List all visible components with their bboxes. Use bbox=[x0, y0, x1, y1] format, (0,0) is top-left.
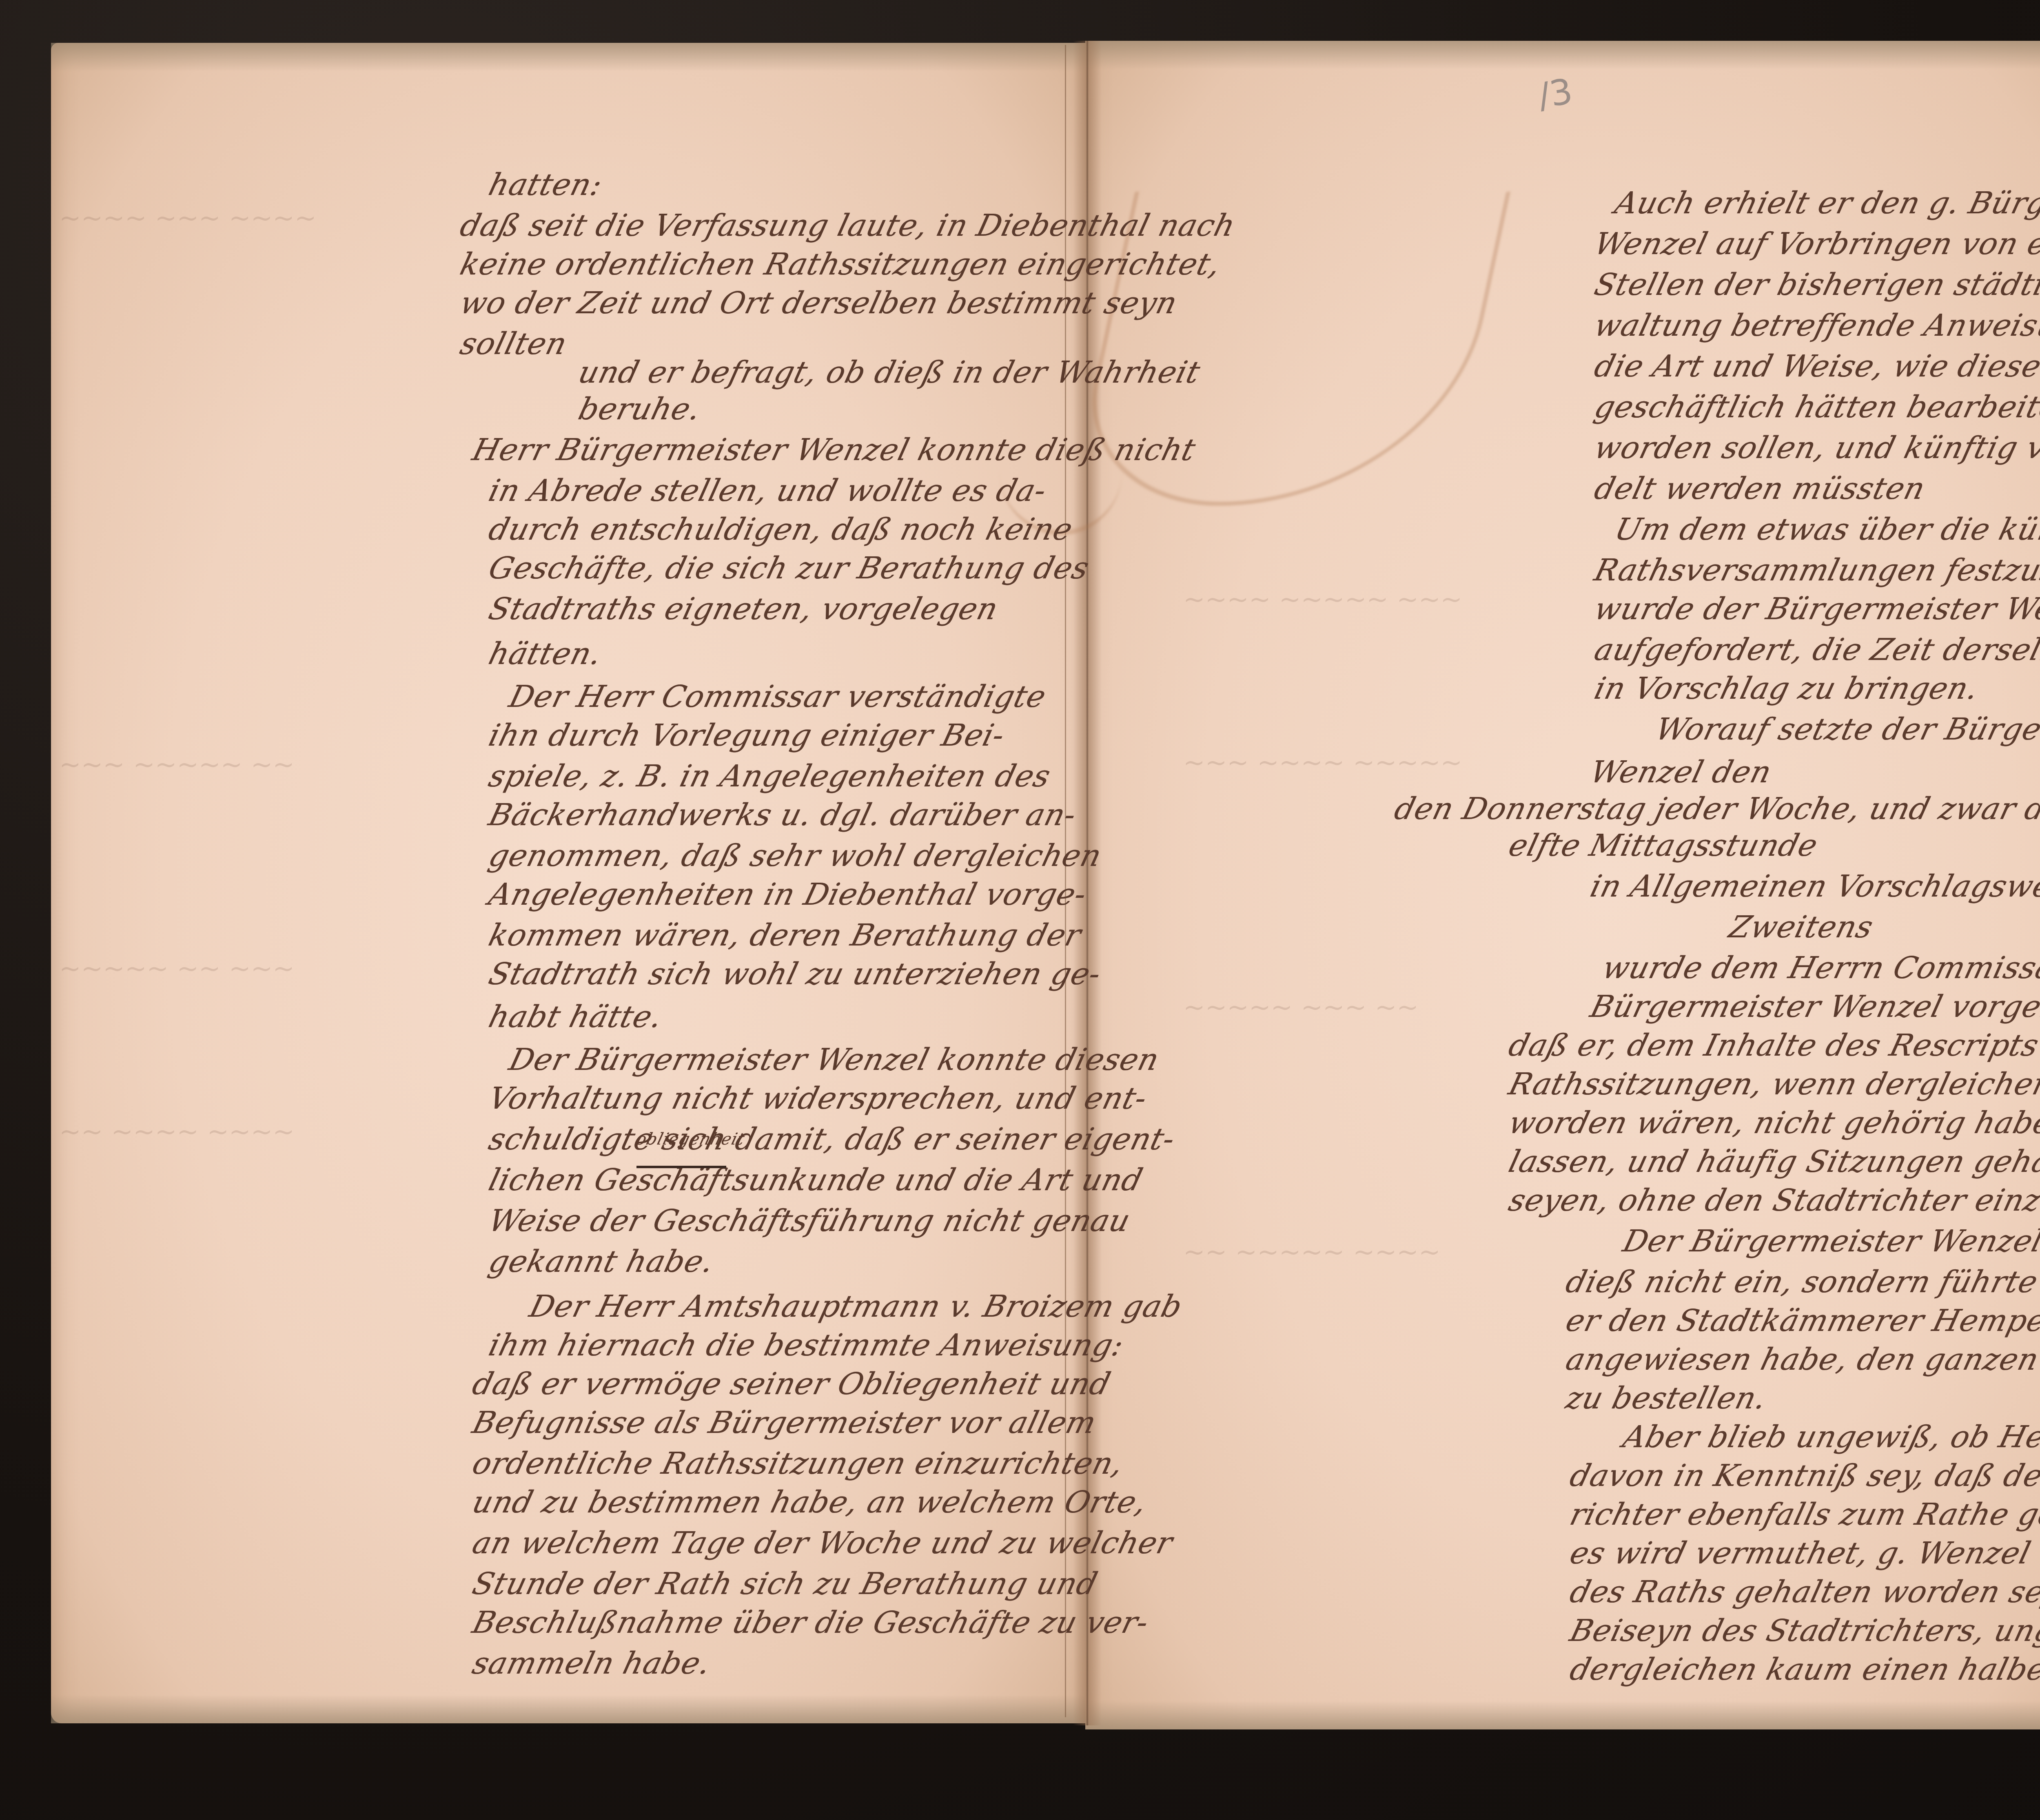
manuscript-line: den Donnerstag jeder Woche, und zwar die bbox=[1391, 791, 2040, 826]
manuscript-line: Rathssitzungen, wenn dergleichen gehalte… bbox=[1505, 1067, 2040, 1102]
manuscript-line: Bürgermeister Wenzel vorgehalten: bbox=[1587, 989, 2040, 1024]
manuscript-line: delt werden müssten bbox=[1591, 471, 1929, 506]
bleed-through-text: ~~~~ ~~~~~ ~~~ bbox=[1183, 571, 1462, 628]
manuscript-line: Rathsversammlungen festzusetzen bbox=[1591, 553, 2040, 588]
left-page-top-edge bbox=[51, 43, 1087, 71]
right-page-bottom-edge bbox=[1085, 1701, 2040, 1729]
manuscript-line: Stellen der bisherigen städtischen Ver- bbox=[1591, 267, 2040, 302]
manuscript-line: worden sollen, und künftig verhan- bbox=[1591, 430, 2040, 465]
manuscript-line: in Abrede stellen, und wollte es da- bbox=[485, 473, 1050, 508]
bleed-through-text: ~~~ ~~~~ ~~~~~ bbox=[1183, 734, 1462, 791]
manuscript-line: daß er vermöge seiner Obliegenheit und bbox=[469, 1366, 1114, 1402]
manuscript-line: sammeln habe. bbox=[469, 1646, 714, 1681]
manuscript-line: Der Herr Commissar verständigte bbox=[506, 679, 1050, 714]
manuscript-line: davon in Kenntniß sey, daß der Stadt- bbox=[1566, 1458, 2040, 1493]
manuscript-line: habt hätte. bbox=[485, 999, 666, 1034]
manuscript-line: dieß nicht ein, sondern führte an, daß bbox=[1562, 1264, 2040, 1300]
manuscript-line: spiele, z. B. in Angelegenheiten des bbox=[485, 759, 1054, 794]
manuscript-line: in Vorschlag zu bringen. bbox=[1591, 671, 1982, 706]
bleed-through-text: ~~ ~~~~ ~~~~ bbox=[59, 1103, 295, 1160]
bleed-through-text: ~~~~ ~~~ ~~~~ bbox=[59, 190, 317, 247]
manuscript-line: worden wären, nicht gehörig habe ansagen bbox=[1505, 1105, 2040, 1140]
left-page-bottom-edge bbox=[51, 1695, 1087, 1723]
manuscript-line: seyen, ohne den Stadtrichter einzuladen. bbox=[1505, 1183, 2040, 1218]
manuscript-line: Wenzel den bbox=[1587, 755, 1775, 790]
manuscript-line: daß er, dem Inhalte des Rescripts nach, … bbox=[1505, 1028, 2040, 1063]
manuscript-line: Bäckerhandwerks u. dgl. darüber an- bbox=[485, 797, 1080, 833]
interlinear-insertion: obliegenheit bbox=[634, 1130, 747, 1149]
manuscript-line: Vorhaltung nicht widersprechen, und ent- bbox=[485, 1081, 1151, 1116]
pencil-folio-mark: /3 bbox=[1535, 71, 1576, 117]
manuscript-line: Um dem etwas über die künftigen bbox=[1611, 512, 2040, 547]
manuscript-line: aufgefordert, die Zeit derselben jetzt bbox=[1591, 632, 2040, 667]
manuscript-line: lassen, und häufig Sitzungen gehalten wo… bbox=[1505, 1144, 2040, 1179]
manuscript-line: ihn durch Vorlegung einiger Bei- bbox=[485, 718, 1008, 753]
manuscript-line: geschäftlich hätten bearbeitet werden so… bbox=[1591, 390, 2040, 425]
manuscript-line: Stadtrath sich wohl zu unterziehen ge- bbox=[485, 956, 1104, 992]
manuscript-line: Befugnisse als Bürgermeister vor allem bbox=[469, 1405, 1100, 1440]
manuscript-line: schuldigte sich damit, daß er seiner eig… bbox=[485, 1122, 1179, 1157]
manuscript-line: durch entschuldigen, daß noch keine bbox=[485, 512, 1076, 547]
manuscript-line: kommen wären, deren Berathung der bbox=[485, 918, 1085, 953]
manuscript-line: Stunde der Rath sich zu Berathung und bbox=[469, 1566, 1101, 1601]
manuscript-line: es wird vermuthet, g. Wenzel wie, daß Si… bbox=[1566, 1536, 2040, 1571]
manuscript-line: daß seit die Verfassung laute, in Dieben… bbox=[457, 208, 1239, 243]
manuscript-line: in Allgemeinen Vorschlagsweise an. bbox=[1587, 869, 2040, 904]
right-page-top-edge bbox=[1085, 41, 2040, 69]
manuscript-line: dergleichen kaum einen halben Tag vorher bbox=[1566, 1652, 2040, 1687]
manuscript-line: sollten bbox=[457, 326, 571, 361]
manuscript-line: wo der Zeit und Ort derselben bestimmt s… bbox=[457, 286, 1181, 321]
manuscript-line: Beschlußnahme über die Geschäfte zu ver- bbox=[469, 1605, 1152, 1640]
bleed-through-text: ~~~~~ ~~~ ~~ bbox=[1183, 979, 1419, 1036]
manuscript-line: an welchem Tage der Woche und zu welcher bbox=[469, 1526, 1176, 1561]
manuscript-line: hatten: bbox=[485, 167, 606, 202]
manuscript-line: Auch erhielt er den g. Bürgermeister bbox=[1611, 186, 2040, 221]
manuscript-line: er den Stadtkämmerer Hempel allemal bbox=[1562, 1303, 2040, 1338]
section-heading: Zweitens bbox=[1725, 910, 1877, 945]
manuscript-line: richter ebenfalls zum Rathe gehöre, denn bbox=[1566, 1497, 2040, 1532]
manuscript-line: Herr Bürgermeister Wenzel konnte dieß ni… bbox=[469, 432, 1199, 467]
manuscript-line: angewiesen habe, den ganzen Rath bbox=[1562, 1342, 2040, 1377]
manuscript-line: und zu bestimmen habe, an welchem Orte, bbox=[469, 1485, 1150, 1520]
manuscript-line: wurde der Bürgermeister Wenzel bbox=[1591, 591, 2040, 627]
manuscript-line: Aber blieb ungewiß, ob Hempel bbox=[1619, 1419, 2040, 1455]
manuscript-line: Der Bürgermeister Wenzel konnte diesen bbox=[506, 1042, 1163, 1077]
manuscript-line: wurde dem Herrn Commissar dem g. bbox=[1599, 950, 2040, 985]
manuscript-line: lichen Geschäftsunkunde und die Art und bbox=[485, 1162, 1146, 1198]
manuscript-line: waltung betreffende Anweisung über bbox=[1591, 308, 2040, 343]
manuscript-line: elfte Mittagsstunde bbox=[1505, 828, 1821, 863]
manuscript-line: keine ordentlichen Rathssitzungen einger… bbox=[457, 247, 1224, 282]
manuscript-line: Der Bürgermeister Wenzel räumte bbox=[1619, 1224, 2040, 1259]
manuscript-line: und er befragt, ob dieß in der Wahrheit bbox=[575, 355, 1204, 390]
manuscript-line: Stadtraths eigneten, vorgelegen bbox=[485, 591, 1002, 627]
manuscript-line: ordentliche Rathssitzungen einzurichten, bbox=[469, 1446, 1127, 1481]
manuscript-line: ihm hiernach die bestimmte Anweisung: bbox=[485, 1328, 1127, 1363]
bleed-through-text: ~~~~~ ~~ ~~~ bbox=[59, 940, 295, 997]
strikethrough-mark bbox=[636, 1166, 726, 1168]
manuscript-line: Beiseyn des Stadtrichters, ungleichen da… bbox=[1566, 1613, 2040, 1648]
manuscript-line: gekannt habe. bbox=[485, 1244, 718, 1279]
manuscript-line: zu bestellen. bbox=[1562, 1381, 1770, 1416]
manuscript-line: beruhe. bbox=[575, 392, 705, 427]
manuscript-line: Geschäfte, die sich zur Berathung des bbox=[485, 551, 1093, 586]
bleed-through-text: ~~ ~~~~~ ~~~~ bbox=[1183, 1224, 1441, 1281]
bleed-through-text: ~~~ ~~~~~ ~~ bbox=[59, 736, 295, 793]
manuscript-line: Angelegenheiten in Diebenthal vorge- bbox=[485, 877, 1090, 912]
manuscript-line: Weise der Geschäftsführung nicht genau bbox=[485, 1203, 1134, 1238]
manuscript-line: hätten. bbox=[485, 636, 605, 671]
scan-background: ~~~~ ~~~ ~~~~ ~~~ ~~~~~ ~~ ~~~~~ ~~ ~~~ … bbox=[0, 0, 2040, 1820]
manuscript-line: des Raths gehalten worden seyen, ohne bbox=[1566, 1574, 2040, 1610]
manuscript-line: Worauf setzte der Bürgermeister bbox=[1652, 712, 2040, 747]
manuscript-line: Der Herr Amtshauptmann v. Broizem gab bbox=[526, 1289, 1186, 1324]
manuscript-line: die Art und Weise, wie diese Stellen bbox=[1591, 349, 2040, 384]
manuscript-line: genommen, daß sehr wohl dergleichen bbox=[485, 838, 1105, 873]
manuscript-line: Wenzel auf Vorbringen von einigen bbox=[1591, 226, 2040, 261]
